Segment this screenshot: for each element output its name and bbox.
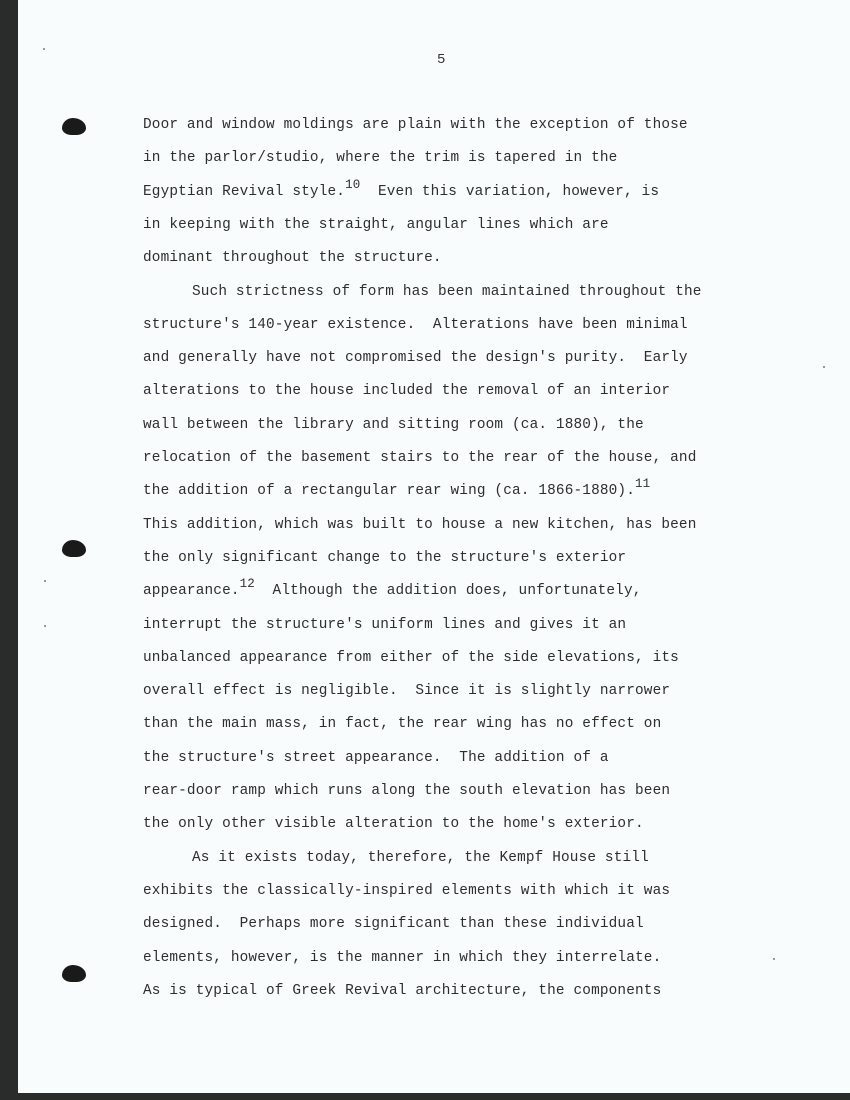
text-line: exhibits the classically-inspired elemen… xyxy=(143,883,670,899)
line-text-continued: Although the addition does, unfortunatel… xyxy=(255,583,642,599)
text-line: wall between the library and sitting roo… xyxy=(143,417,644,433)
line-text: in keeping with the straight, angular li… xyxy=(143,217,609,233)
punch-hole-middle xyxy=(62,540,86,557)
scan-speck xyxy=(43,48,45,50)
text-line: dominant throughout the structure. xyxy=(143,250,442,266)
text-line: This addition, which was built to house … xyxy=(143,517,697,533)
line-text: alterations to the house included the re… xyxy=(143,383,670,399)
line-text: the only significant change to the struc… xyxy=(143,550,626,566)
text-line: alterations to the house included the re… xyxy=(143,383,670,399)
text-line: designed. Perhaps more significant than … xyxy=(143,916,644,932)
footnote-marker: 12 xyxy=(240,577,255,591)
text-line: As is typical of Greek Revival architect… xyxy=(143,983,661,999)
text-line: than the main mass, in fact, the rear wi… xyxy=(143,716,661,732)
line-text: and generally have not compromised the d… xyxy=(143,350,688,366)
line-text: This addition, which was built to house … xyxy=(143,517,697,533)
line-text: elements, however, is the manner in whic… xyxy=(143,950,661,966)
page-number: 5 xyxy=(437,52,445,68)
text-line: the addition of a rectangular rear wing … xyxy=(143,483,650,499)
text-line: Egyptian Revival style.10 Even this vari… xyxy=(143,184,659,200)
line-text: the addition of a rectangular rear wing … xyxy=(143,483,635,499)
line-text: the only other visible alteration to the… xyxy=(143,816,644,832)
footnote-marker: 10 xyxy=(345,178,360,192)
line-text: wall between the library and sitting roo… xyxy=(143,417,644,433)
line-text: rear-door ramp which runs along the sout… xyxy=(143,783,670,799)
line-text: exhibits the classically-inspired elemen… xyxy=(143,883,670,899)
text-line: structure's 140-year existence. Alterati… xyxy=(143,317,688,333)
line-text: interrupt the structure's uniform lines … xyxy=(143,617,626,633)
line-text: than the main mass, in fact, the rear wi… xyxy=(143,716,661,732)
footnote-marker: 11 xyxy=(635,477,650,491)
text-line: the only significant change to the struc… xyxy=(143,550,626,566)
line-text: appearance. xyxy=(143,583,240,599)
line-text: structure's 140-year existence. Alterati… xyxy=(143,317,688,333)
punch-hole-bottom xyxy=(62,965,86,982)
text-line: Such strictness of form has been maintai… xyxy=(192,284,702,300)
text-line: elements, however, is the manner in whic… xyxy=(143,950,661,966)
line-text: dominant throughout the structure. xyxy=(143,250,442,266)
scan-speck xyxy=(773,958,775,960)
line-text: Door and window moldings are plain with … xyxy=(143,117,688,133)
text-line: the structure's street appearance. The a… xyxy=(143,750,609,766)
text-line: interrupt the structure's uniform lines … xyxy=(143,617,626,633)
text-line: and generally have not compromised the d… xyxy=(143,350,688,366)
text-line: appearance.12 Although the addition does… xyxy=(143,583,642,599)
line-text-continued: Even this variation, however, is xyxy=(360,184,659,200)
text-line: in keeping with the straight, angular li… xyxy=(143,217,609,233)
line-text: overall effect is negligible. Since it i… xyxy=(143,683,670,699)
line-text: the structure's street appearance. The a… xyxy=(143,750,609,766)
line-text: As it exists today, therefore, the Kempf… xyxy=(192,850,649,866)
text-line: the only other visible alteration to the… xyxy=(143,816,644,832)
text-line: in the parlor/studio, where the trim is … xyxy=(143,150,617,166)
line-text: Egyptian Revival style. xyxy=(143,184,345,200)
text-line: Door and window moldings are plain with … xyxy=(143,117,688,133)
text-line: As it exists today, therefore, the Kempf… xyxy=(192,850,649,866)
scan-speck xyxy=(44,580,46,582)
line-text: designed. Perhaps more significant than … xyxy=(143,916,644,932)
scan-speck xyxy=(44,625,46,627)
line-text: in the parlor/studio, where the trim is … xyxy=(143,150,617,166)
line-text: relocation of the basement stairs to the… xyxy=(143,450,697,466)
text-line: rear-door ramp which runs along the sout… xyxy=(143,783,670,799)
text-line: relocation of the basement stairs to the… xyxy=(143,450,697,466)
line-text: As is typical of Greek Revival architect… xyxy=(143,983,661,999)
text-line: unbalanced appearance from either of the… xyxy=(143,650,679,666)
scan-speck xyxy=(823,366,825,368)
text-line: overall effect is negligible. Since it i… xyxy=(143,683,670,699)
line-text: unbalanced appearance from either of the… xyxy=(143,650,679,666)
punch-hole-top xyxy=(62,118,86,135)
line-text: Such strictness of form has been maintai… xyxy=(192,284,702,300)
